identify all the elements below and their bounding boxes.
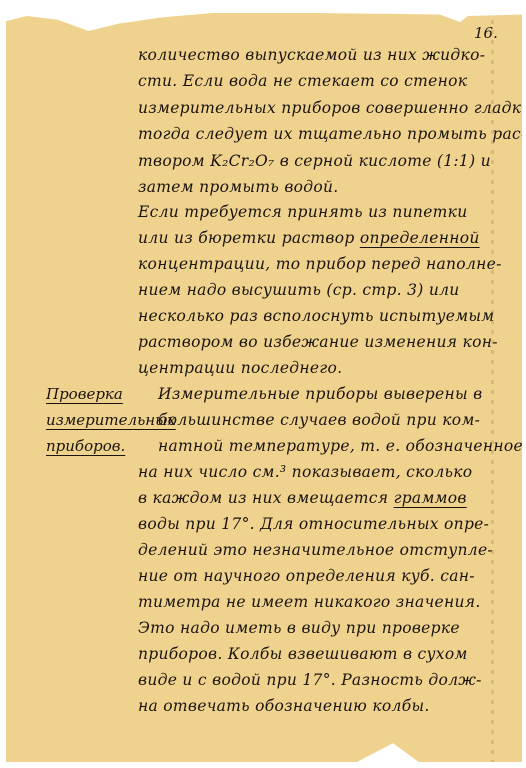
- margin-note-heading: измерительных: [46, 411, 176, 429]
- text-line: приборов. Колбы взвешивают в сухом: [138, 645, 468, 663]
- text-line: твором K₂Cr₂O₇ в серной кислоте (1:1) и: [138, 152, 491, 170]
- text-line: центрации последнего.: [138, 359, 342, 377]
- margin-note-heading: приборов.: [46, 437, 125, 455]
- text-line: затем промыть водой.: [138, 178, 339, 196]
- manuscript-page: 16. количество выпускаемой из них жидко-…: [6, 10, 522, 762]
- text-line: тиметра не имеет никакого значения.: [138, 593, 481, 611]
- text-line: тогда следует их тщательно промыть рас-: [138, 125, 526, 143]
- text-line: раствором во избежание изменения кон-: [138, 333, 498, 351]
- text-line: большинстве случаев водой при ком-: [158, 411, 480, 429]
- text-line: ние от научного определения куб. сан-: [138, 567, 475, 585]
- text-line: сти. Если вода не стекает со стенок: [138, 72, 467, 90]
- margin-note-heading: Проверка: [46, 385, 123, 403]
- text-line: количество выпускаемой из них жидко-: [138, 46, 485, 64]
- text-line: делений это незначительное отступле-: [138, 541, 493, 559]
- text-line: виде и с водой при 17°. Разность долж-: [138, 671, 482, 689]
- underlined-phrase: определенной: [360, 229, 480, 247]
- text-line: концентрации, то прибор перед наполне-: [138, 255, 502, 273]
- text-line: на них число см.³ показывает, сколько: [138, 463, 472, 481]
- text-line: на отвечать обозначению колбы.: [138, 697, 430, 715]
- text-line: несколько раз всполоснуть испытуемым: [138, 307, 494, 325]
- text-line: Измерительные приборы выверены в: [158, 385, 482, 403]
- text-line: натной температуре, т. е. обозначенное: [158, 437, 523, 455]
- text-line: воды при 17°. Для относительных опре-: [138, 515, 489, 533]
- text-line: Это надо иметь в виду при проверке: [138, 619, 460, 637]
- text-line: Если требуется принять из пипетки: [138, 203, 468, 221]
- text-line: нием надо высушить (ср. стр. 3) или: [138, 281, 460, 299]
- handwritten-text: количество выпускаемой из них жидко- сти…: [6, 10, 522, 762]
- text-line-with-underline: в каждом из них вмещается граммов: [138, 489, 467, 507]
- text-line: измерительных приборов совершенно гладко…: [138, 99, 526, 117]
- text-line-with-underline: или из бюретки раствор определенной: [138, 229, 480, 247]
- underlined-phrase: граммов: [394, 489, 467, 507]
